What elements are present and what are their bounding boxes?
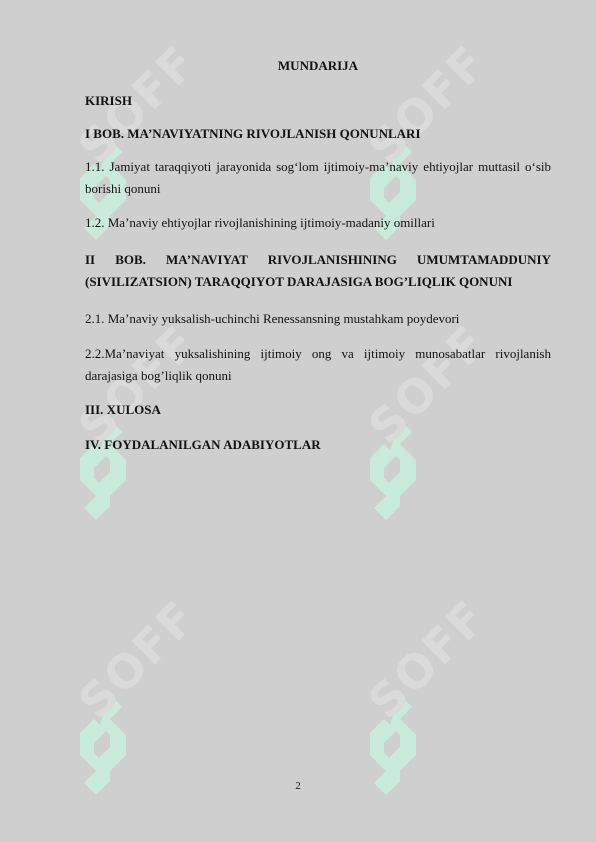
toc-entry-section-1-1: 1.1. Jamiyat taraqqiyoti jarayonida sog‘… (85, 156, 551, 200)
toc-entry-section-1-2: 1.2. Ma’naviy ehtiyojlar rivojlanishinin… (85, 212, 551, 234)
toc-entry-section-2-1: 2.1. Ma’naviy yuksalish-uchinchi Renessa… (85, 308, 551, 330)
watermark-text: SOFF (358, 590, 497, 729)
page-number: 2 (0, 780, 596, 792)
toc-entry-chapter-1: I BOB. MA’NAVIYATNING RIVOJLANISH QONUNL… (85, 123, 551, 145)
watermark-text: SOFF (68, 590, 207, 729)
toc-entry-introduction: KIRISH (85, 90, 551, 112)
toc-entry-section-2-2: 2.2.Ma’naviyat yuksalishining ijtimoiy o… (85, 343, 551, 387)
page-title: MUNDARIJA (85, 58, 551, 74)
toc-entry-references: IV. FOYDALANILGAN ADABIYOTLAR (85, 434, 551, 456)
toc-entry-chapter-2: II BOB. MA’NAVIYAT RIVOJLANISHINING UMUM… (85, 249, 551, 293)
toc-entry-conclusion: III. XULOSA (85, 399, 551, 421)
